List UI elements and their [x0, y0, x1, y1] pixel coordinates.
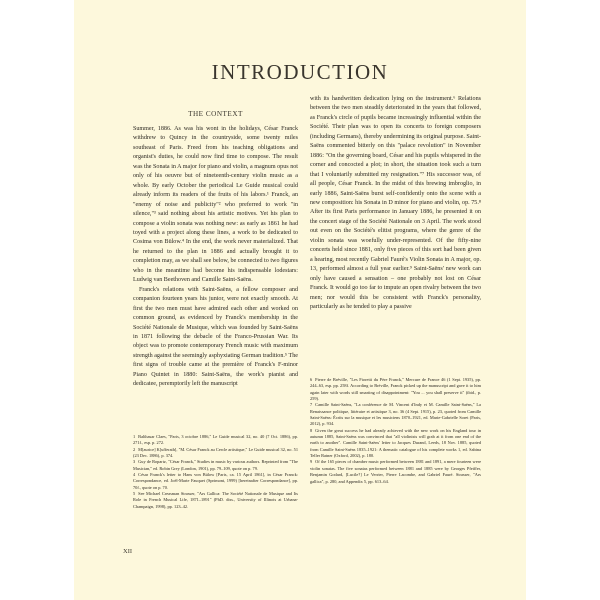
footnote-number: 2 [133, 447, 135, 452]
footnote-number: 3 [133, 459, 135, 464]
footnote: 3Guy de Ropartz, "César Franck," Studies… [133, 459, 298, 472]
body-text-right: with its handwritten dedication lying on… [310, 95, 481, 312]
footnote: 5See Michael Creasman Strasser, "Ars Gal… [133, 491, 298, 510]
document-page: INTRODUCTION THE CONTEXT Summer, 1886. A… [74, 0, 526, 600]
footnote: 4César Franck's letter to Hans von Bülow… [133, 472, 298, 491]
paragraph: with its handwritten dedication lying on… [310, 95, 481, 312]
footnote: 6Pierre de Bréville, "Les Fioretti du Pè… [310, 377, 481, 402]
footnote-text: Given the great success he had already a… [310, 428, 481, 458]
footnote: 2M[aurice] K[ufferath], "M. César Franck… [133, 447, 298, 460]
footnote: 9Of the 165 pieces of chamber music perf… [310, 459, 481, 484]
footnote-text: Guy de Ropartz, "César Franck," Studies … [133, 459, 298, 470]
footnote: 8Given the great success he had already … [310, 428, 481, 460]
footnote-text: M[aurice] K[ufferath], "M. César Franck … [133, 447, 298, 458]
footnote-number: 5 [133, 491, 135, 496]
page-title: INTRODUCTION [74, 60, 526, 85]
footnote-number: 7 [310, 402, 312, 407]
footnote-number: 6 [310, 377, 312, 382]
footnotes-left: 1Balthasar Claes, "Paris, 3 octobre 1886… [133, 434, 298, 510]
footnote-text: Of the 165 pieces of chamber music perfo… [310, 459, 481, 483]
paragraph: Franck's relations with Saint-Saëns, a f… [133, 286, 298, 390]
footnote: 1Balthasar Claes, "Paris, 3 octobre 1886… [133, 434, 298, 447]
footnote-text: Balthasar Claes, "Paris, 3 octobre 1886,… [133, 434, 298, 445]
footnote-number: 8 [310, 428, 312, 433]
footnote: 7Camille Saint-Saëns, "La conférence de … [310, 402, 481, 427]
footnote-text: Pierre de Bréville, "Les Fioretti du Pèr… [310, 377, 481, 401]
footnote-number: 4 [133, 472, 135, 477]
body-text-left: Summer, 1886. As was his wont in the hol… [133, 125, 298, 390]
page-number: XII [123, 548, 132, 555]
footnote-number: 9 [310, 459, 312, 464]
body-column-left: THE CONTEXT Summer, 1886. As was his won… [133, 111, 298, 390]
body-column-right: with its handwritten dedication lying on… [310, 95, 481, 312]
footnote-text: See Michael Creasman Strasser, "Ars Gall… [133, 491, 298, 509]
section-heading: THE CONTEXT [133, 111, 298, 118]
footnote-text: Camille Saint-Saëns, "La conférence de M… [310, 402, 481, 426]
footnote-text: César Franck's letter to Hans von Bülow … [133, 472, 298, 490]
footnotes-right: 6Pierre de Bréville, "Les Fioretti du Pè… [310, 377, 481, 485]
footnote-number: 1 [133, 434, 135, 439]
paragraph: Summer, 1886. As was his wont in the hol… [133, 125, 298, 286]
